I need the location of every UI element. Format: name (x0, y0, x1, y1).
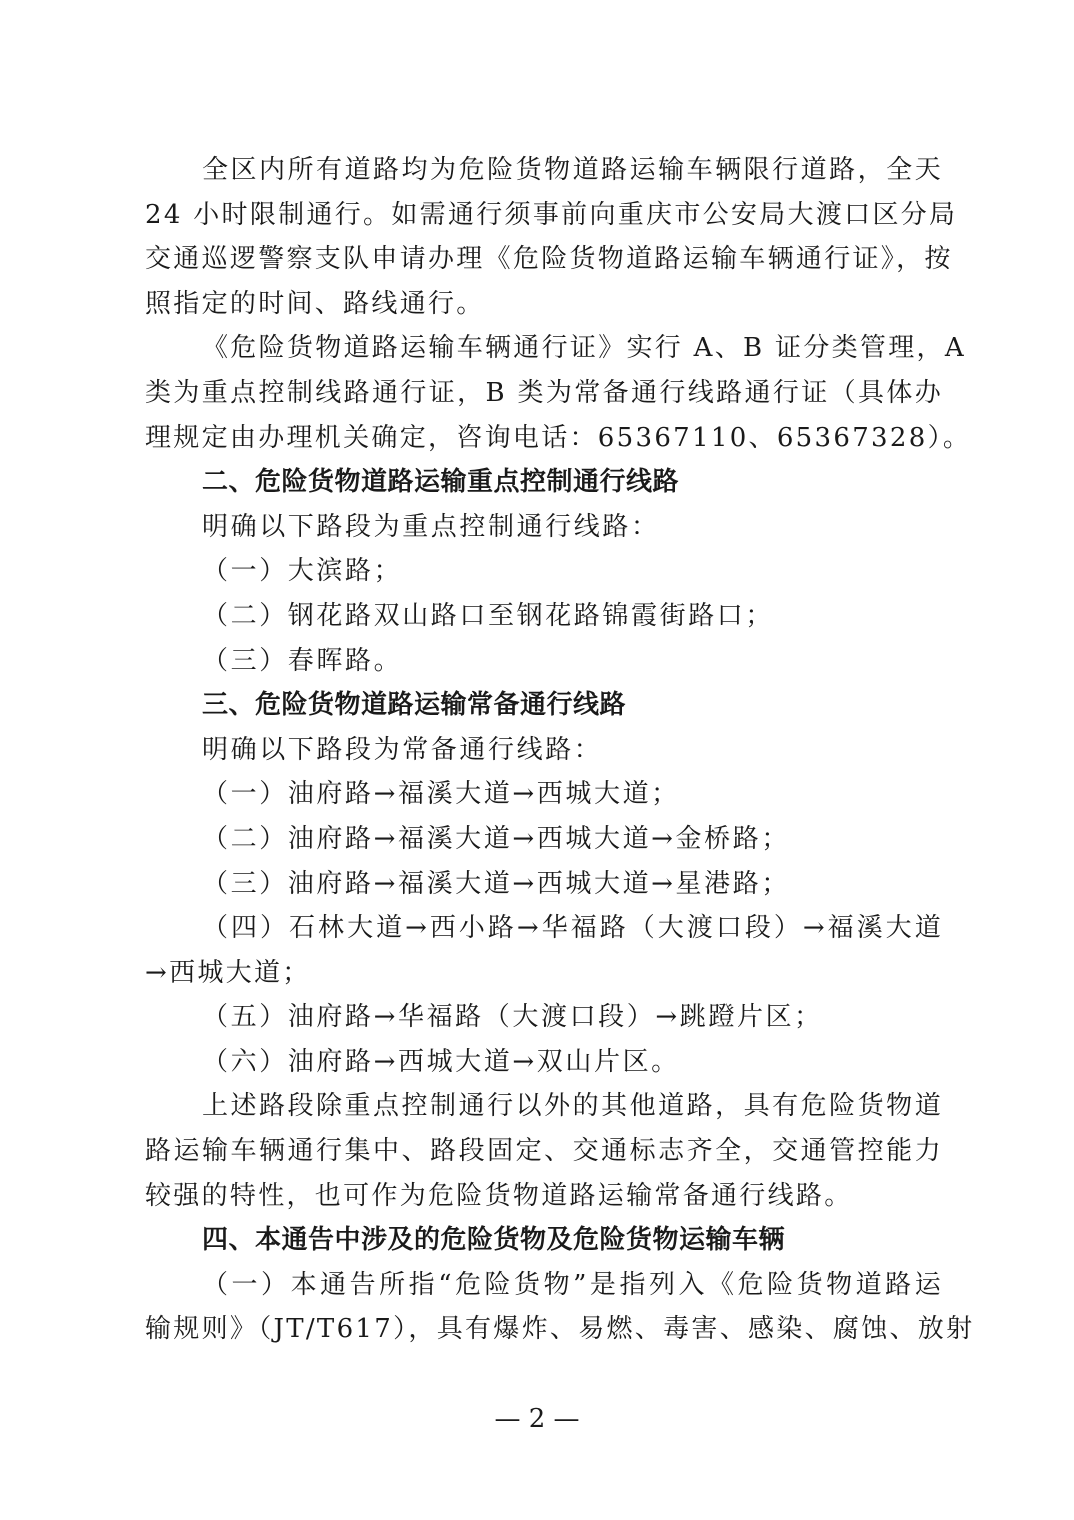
list-intro: 明确以下路段为重点控制通行线路： (145, 505, 943, 550)
paragraph-line: 全区内所有道路均为危险货物道路运输车辆限行道路，全天 (145, 148, 943, 193)
list-item: （四）石林大道→西小路→华福路（大渡口段）→福溪大道 (145, 906, 943, 951)
paragraph-line: 交通巡逻警察支队申请办理《危险货物道路运输车辆通行证》，按 (145, 237, 943, 282)
paragraph-line: 上述路段除重点控制通行以外的其他道路，具有危险货物道 (145, 1084, 943, 1129)
section-heading: 二、危险货物道路运输重点控制通行线路 (145, 460, 943, 505)
paragraph-line: 《危险货物道路运输车辆通行证》实行 A、B 证分类管理，A (145, 326, 943, 371)
paragraph-line: 输规则》（JT/T617），具有爆炸、易燃、毒害、感染、腐蚀、放射 (145, 1307, 943, 1352)
list-intro: 明确以下路段为常备通行线路： (145, 728, 943, 773)
list-item: （一）大滨路； (145, 549, 943, 594)
paragraph-line: 理规定由办理机关确定，咨询电话：65367110、65367328）。 (145, 416, 943, 461)
paragraph-line: 类为重点控制线路通行证，B 类为常备通行线路通行证（具体办 (145, 371, 943, 416)
list-item: （五）油府路→华福路（大渡口段）→跳蹬片区； (145, 995, 943, 1040)
paragraph-line: 照指定的时间、路线通行。 (145, 282, 943, 327)
paragraph-line: 24 小时限制通行。如需通行须事前向重庆市公安局大渡口区分局 (145, 193, 943, 238)
section-heading: 四、本通告中涉及的危险货物及危险货物运输车辆 (145, 1218, 943, 1263)
list-item: （二）钢花路双山路口至钢花路锦霞街路口； (145, 594, 943, 639)
list-item: （一）油府路→福溪大道→西城大道； (145, 772, 943, 817)
section-heading: 三、危险货物道路运输常备通行线路 (145, 683, 943, 728)
paragraph-line: 路运输车辆通行集中、路段固定、交通标志齐全，交通管控能力 (145, 1129, 943, 1174)
list-item: （三）春晖路。 (145, 639, 943, 684)
page-number: — 2 — (0, 1404, 1074, 1434)
document-page: 全区内所有道路均为危险货物道路运输车辆限行道路，全天 24 小时限制通行。如需通… (145, 148, 943, 1352)
paragraph-line: 较强的特性，也可作为危险货物道路运输常备通行线路。 (145, 1174, 943, 1219)
list-item: （二）油府路→福溪大道→西城大道→金桥路； (145, 817, 943, 862)
list-item: （六）油府路→西城大道→双山片区。 (145, 1040, 943, 1085)
list-item: （三）油府路→福溪大道→西城大道→星港路； (145, 862, 943, 907)
list-item-continuation: →西城大道； (145, 951, 943, 996)
paragraph-line: （一）本通告所指“危险货物”是指列入《危险货物道路运 (145, 1263, 943, 1308)
